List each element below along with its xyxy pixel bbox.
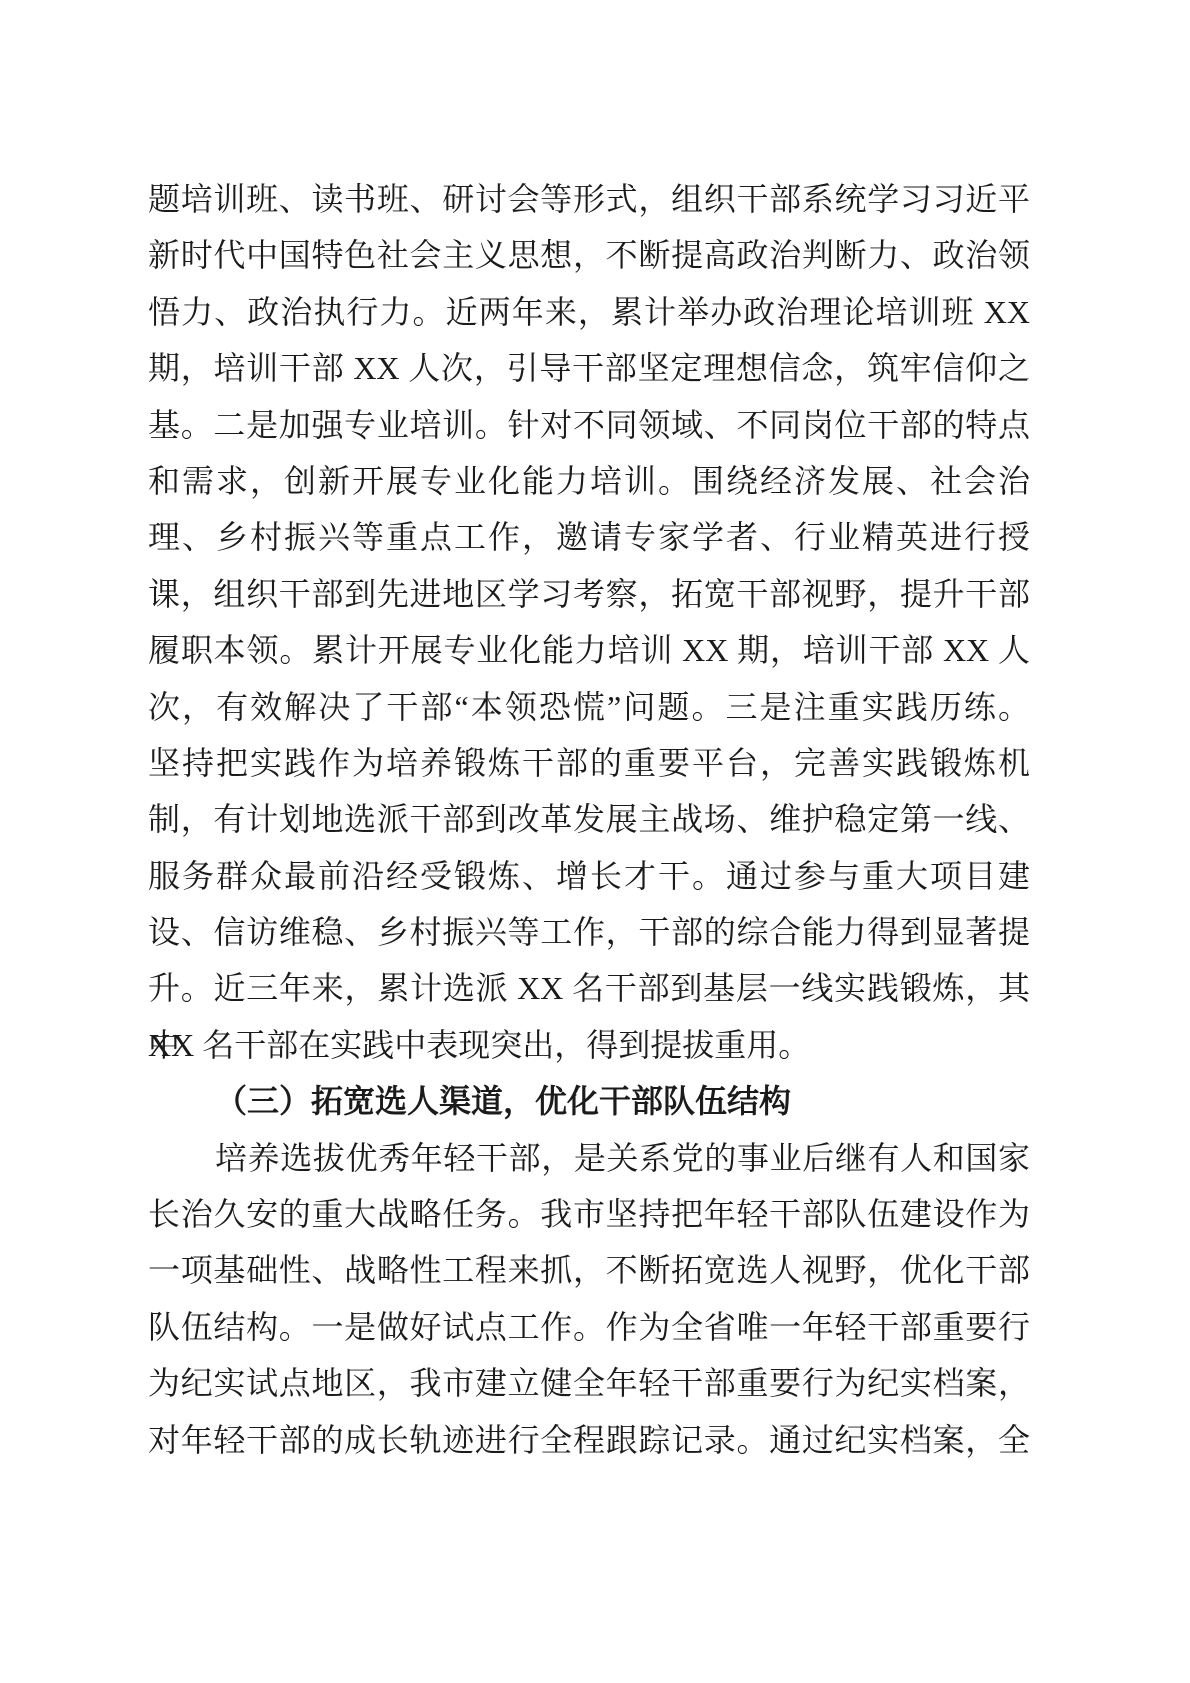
paragraph-continuation: 题培训班、读书班、研讨会等形式，组织干部系统学习习近平 新时代中国特色社会主义思… — [148, 171, 1030, 1073]
document-page: 题培训班、读书班、研讨会等形式，组织干部系统学习习近平 新时代中国特色社会主义思… — [0, 0, 1190, 1683]
text-line: 悟力、政治执行力。近两年来，累计举办政治理论培训班 XX — [148, 284, 1030, 340]
text-line: 和需求，创新开展专业化能力培训。围绕经济发展、社会治 — [148, 453, 1030, 509]
body-paragraph: 培养选拔优秀年轻干部，是关系党的事业后继有人和国家 长治久安的重大战略任务。我市… — [148, 1130, 1030, 1468]
section-heading-paragraph: （三）拓宽选人渠道，优化干部队伍结构 — [148, 1073, 1030, 1129]
section-heading: （三）拓宽选人渠道，优化干部队伍结构 — [148, 1073, 1030, 1129]
text-line: 新时代中国特色社会主义思想，不断提高政治判断力、政治领 — [148, 227, 1030, 283]
text-line: 次，有效解决了干部“本领恐慌”问题。三是注重实践历练。 — [148, 679, 1030, 735]
text-line: 基。二是加强专业培训。针对不同领域、不同岗位干部的特点 — [148, 397, 1030, 453]
text-line: 履职本领。累计开展专业化能力培训 XX 期，培训干部 XX 人 — [148, 622, 1030, 678]
text-line: 为纪实试点地区，我市建立健全年轻干部重要行为纪实档案， — [148, 1355, 1030, 1411]
text-line: 一项基础性、战略性工程来抓，不断拓宽选人视野，优化干部 — [148, 1242, 1030, 1298]
text-line: 课，组织干部到先进地区学习考察，拓宽干部视野，提升干部 — [148, 566, 1030, 622]
text-line: 制，有计划地选派干部到改革发展主战场、维护稳定第一线、 — [148, 791, 1030, 847]
text-line: 题培训班、读书班、研讨会等形式，组织干部系统学习习近平 — [148, 171, 1030, 227]
text-line: 服务群众最前沿经受锻炼、增长才干。通过参与重大项目建 — [148, 848, 1030, 904]
text-line: 对年轻干部的成长轨迹进行全程跟踪记录。通过纪实档案，全 — [148, 1412, 1030, 1468]
text-line: 坚持把实践作为培养锻炼干部的重要平台，完善实践锻炼机 — [148, 735, 1030, 791]
text-line: 长治久安的重大战略任务。我市坚持把年轻干部队伍建设作为 — [148, 1186, 1030, 1242]
text-line: 培养选拔优秀年轻干部，是关系党的事业后继有人和国家 — [148, 1130, 1030, 1186]
text-block: 题培训班、读书班、研讨会等形式，组织干部系统学习习近平 新时代中国特色社会主义思… — [148, 171, 1030, 1468]
text-line: 设、信访维稳、乡村振兴等工作，干部的综合能力得到显著提 — [148, 904, 1030, 960]
text-line: 理、乡村振兴等重点工作，邀请专家学者、行业精英进行授 — [148, 509, 1030, 565]
text-line: 升。近三年来，累计选派 XX 名干部到基层一线实践锻炼，其中 — [148, 960, 1030, 1016]
text-line: 队伍结构。一是做好试点工作。作为全省唯一年轻干部重要行 — [148, 1299, 1030, 1355]
text-line: 期，培训干部 XX 人次，引导干部坚定理想信念，筑牢信仰之 — [148, 340, 1030, 396]
text-line: XX 名干部在实践中表现突出，得到提拔重用。 — [148, 1017, 1030, 1073]
